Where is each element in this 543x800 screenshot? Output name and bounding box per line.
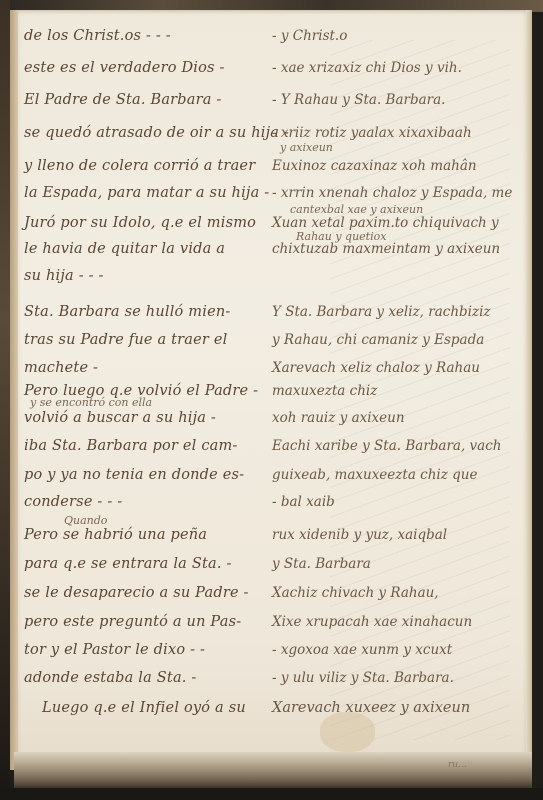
spanish-line: su hija - - - [24,268,264,284]
text-row: y lleno de colera corrió a traerEuxinoz … [24,158,524,180]
text-row: para q.e se entrara la Sta. -y Sta. Barb… [24,556,524,578]
text-row: la Espada, para matar a su hija -- xrrin… [24,185,524,207]
spanish-line: de los Christ.os - - - [24,28,264,44]
spanish-line: El Padre de Sta. Barbara - [24,92,264,108]
page-gutter-left [10,10,18,770]
text-row: de los Christ.os - - -- y Christ.o [24,28,524,50]
text-row: tor y el Pastor le dixo - -- xgoxoa xae … [24,642,524,664]
translation-line: guixeab, maxuxeezta chiz que [272,467,522,483]
catchword: ru... [448,760,467,770]
translation-line: - xgoxoa xae xunm y xcuxt [272,642,522,658]
spanish-line: la Espada, para matar a su hija - [24,185,264,201]
translation-line: chixtuzab maxmeintam y axixeun [272,241,522,257]
text-row: conderse - - -- bal xaib [24,494,524,516]
spanish-line: para q.e se entrara la Sta. - [24,556,264,572]
translation-line: Xuan xetal paxim.to chiquivach y [272,215,522,231]
translation-line: y Sta. Barbara [272,556,522,572]
text-row: machete -Xarevach xeliz chaloz y Rahau [24,360,524,382]
translation-line: Xixe xrupacah xae xinahacun [272,614,522,630]
text-row: pero este preguntó a un Pas-Xixe xrupaca… [24,614,524,636]
text-row: El Padre de Sta. Barbara -- Y Rahau y St… [24,92,524,114]
text-row: Sta. Barbara se hulló mien-Y Sta. Barbar… [24,304,524,326]
interlinear-note: Rahau y quetiox [296,230,386,243]
translation-line: xoh rauiz y axixeun [272,410,522,426]
spanish-line: Juró por su Idolo, q.e el mismo [24,215,264,231]
spanish-line: volvió a buscar a su hija - [24,410,264,426]
translation-line: Xachiz chivach y Rahau, [272,585,522,601]
spanish-line: iba Sta. Barbara por el cam- [24,438,264,454]
text-row: Luego q.e el Infiel oyó a suXarevach xux… [24,700,524,722]
spanish-line: pero este preguntó a un Pas- [24,614,264,630]
text-row: Juró por su Idolo, q.e el mismoXuan xeta… [24,215,524,237]
text-row: adonde estaba la Sta. -- y ulu viliz y S… [24,670,524,692]
spanish-line: Sta. Barbara se hulló mien- [24,304,264,320]
text-row: le havia de quitar la vida achixtuzab ma… [24,241,524,263]
translation-line: - xrrin xnenah chaloz y Espada, me [272,185,522,201]
translation-line: - xae xrizaxiz chi Dios y vih. [272,60,522,76]
interlinear-note: y axixeun [280,141,333,154]
translation-line: Xarevach xeliz chaloz y Rahau [272,360,522,376]
translation-line: - Y Rahau y Sta. Barbara. [272,92,522,108]
translation-line: - y Christ.o [272,28,522,44]
spanish-line: Pero se habrió una peña [24,527,264,543]
interlinear-note: y se encontró con ella [30,396,152,409]
page-stack-bottom-edge [14,752,532,788]
interlinear-note: cantexbal xae y axixeun [290,203,423,216]
spanish-line: y lleno de colera corrió a traer [24,158,264,174]
translation-line: rux xidenib y yuz, xaiqbal [272,527,522,543]
text-row: Pero se habrió una peñarux xidenib y yuz… [24,527,524,549]
book-cover-bottom [0,788,543,800]
spanish-line: se quedó atrasado de oir a su hija - [24,125,264,141]
translation-line: - xriiz rotiz yaalax xixaxibaah [272,125,522,141]
translation-line: Y Sta. Barbara y xeliz, rachbiziz [272,304,522,320]
translation-line: y Rahau, chi camaniz y Espada [272,332,522,348]
spanish-line: conderse - - - [24,494,264,510]
translation-line: Xarevach xuxeez y axixeun [272,700,522,716]
spanish-line: po y ya no tenia en donde es- [24,467,264,483]
interlinear-note: Quando [64,514,107,527]
spanish-line: machete - [24,360,264,376]
translation-line: maxuxezta chiz [272,383,522,399]
translation-line: Euxinoz cazaxinaz xoh mahân [272,158,522,174]
page-edge-right [526,10,532,770]
text-row: este es el verdadero Dios -- xae xrizaxi… [24,60,524,82]
spanish-line: tor y el Pastor le dixo - - [24,642,264,658]
text-row: po y ya no tenia en donde es-guixeab, ma… [24,467,524,489]
text-row: iba Sta. Barbara por el cam-Eachi xaribe… [24,438,524,460]
spanish-line: le havia de quitar la vida a [24,241,264,257]
translation-line: - bal xaib [272,494,522,510]
spanish-line: tras su Padre fue a traer el [24,332,264,348]
text-row: se le desaparecio a su Padre -Xachiz chi… [24,585,524,607]
spanish-line: se le desaparecio a su Padre - [24,585,264,601]
spanish-line: Luego q.e el Infiel oyó a su [24,700,282,716]
spanish-line: adonde estaba la Sta. - [24,670,264,686]
book-spine [0,0,10,800]
text-row: se quedó atrasado de oir a su hija -- xr… [24,125,524,147]
translation-line: - y ulu viliz y Sta. Barbara. [272,670,522,686]
spanish-line: este es el verdadero Dios - [24,60,264,76]
text-row: volvió a buscar a su hija -xoh rauiz y a… [24,410,524,432]
text-row: tras su Padre fue a traer ely Rahau, chi… [24,332,524,354]
translation-line: Eachi xaribe y Sta. Barbara, vach [272,438,522,454]
text-row: su hija - - - [24,268,524,290]
